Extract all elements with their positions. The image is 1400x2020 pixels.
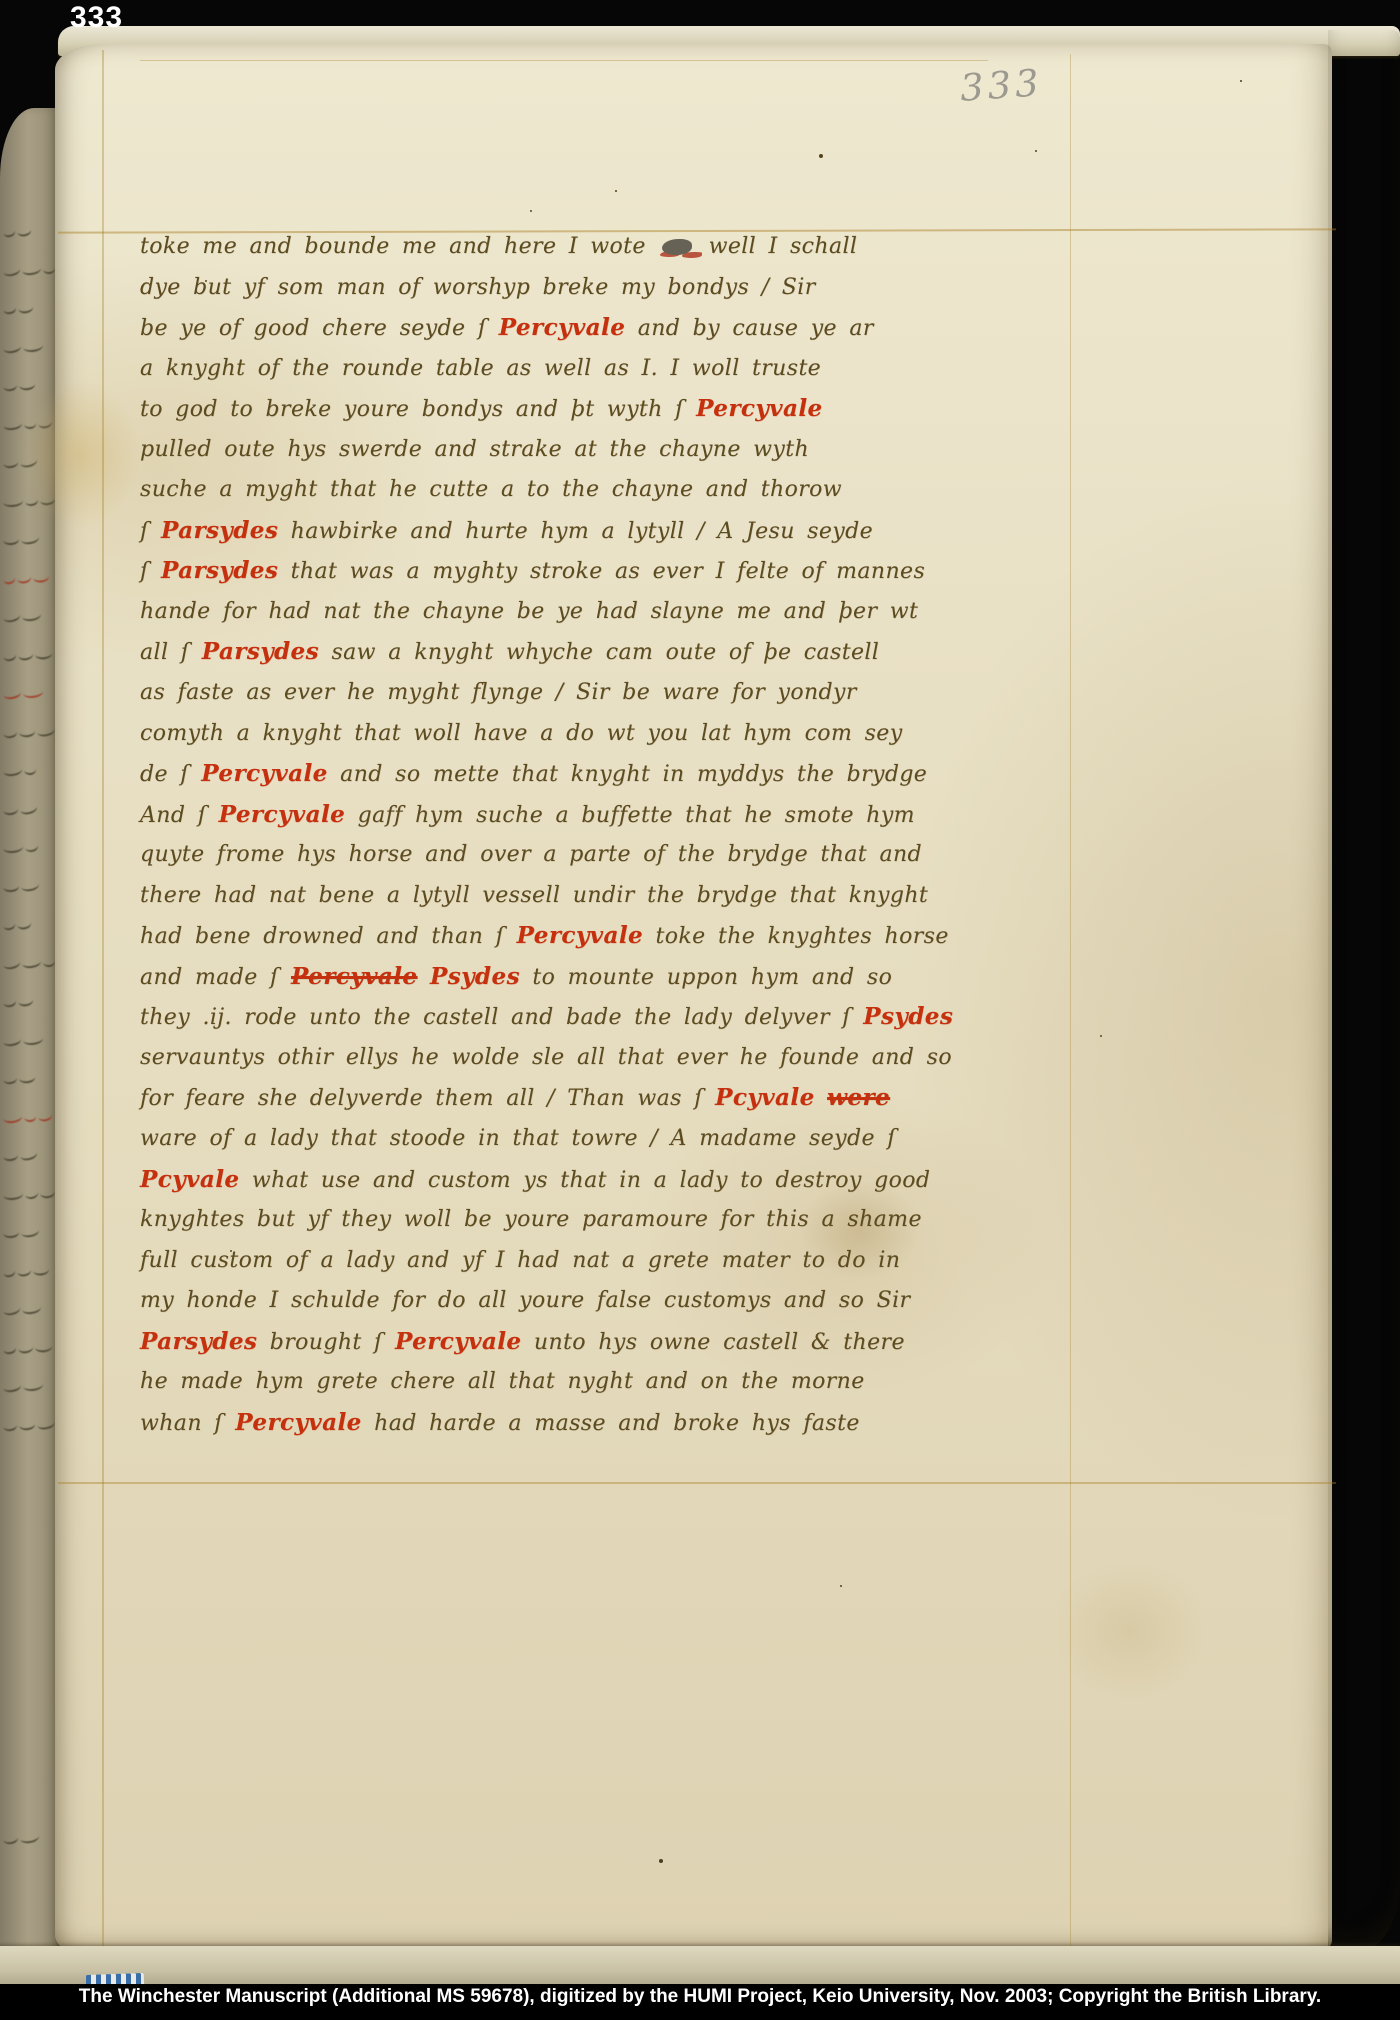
text-segment: what use and custom ys that in a lady to… [240,1168,931,1193]
image-page-number: 333 [70,1,123,35]
manuscript-photo: 333 333 toke me and bounde me and here I… [0,0,1400,2020]
manuscript-line: my honde I schulde for do all youre fals… [140,1281,1030,1322]
script-stroke [21,1302,41,1316]
manuscript-line: ware of a lady that stoode in that towre… [140,1119,1030,1160]
text-segment: suche a myght that he cutte a to the cha… [140,477,842,502]
text-segment: there had nat bene a lytyll vessell undi… [140,883,928,908]
facing-page-text-fragment [3,953,60,970]
facing-page-text-fragment [3,645,60,662]
script-stroke [17,301,33,314]
script-stroke [3,764,23,778]
script-stroke [22,339,43,352]
script-stroke [3,880,20,892]
facing-page-edge [0,108,62,1956]
text-segment: he made hym grete chere all that nyght a… [140,1369,865,1394]
script-stroke [3,456,19,469]
text-segment: brought ſ [257,1330,395,1355]
rubric-segment: Percyvale [291,963,418,990]
facing-page-text-fragment [3,838,60,855]
script-stroke [3,1110,23,1124]
text-segment: saw a knyght whyche cam oute of þe caste… [319,640,879,665]
text-segment: dye but yf som man of worshyp breke my b… [140,275,816,300]
script-stroke [42,955,55,967]
text-segment [815,1086,827,1111]
manuscript-line: for feare she delyverde them all / Than … [140,1078,1030,1119]
rubric-segment: Pcyvale [140,1166,240,1193]
manuscript-line: full custom of a lady and yf I had nat a… [140,1241,1030,1282]
script-stroke [3,1419,18,1432]
script-stroke [37,1109,53,1122]
script-stroke [39,1186,56,1199]
facing-page-text-fragment [3,414,60,431]
text-segment [418,965,430,990]
script-stroke [3,1226,20,1238]
manuscript-line: there had nat bene a lytyll vessell undi… [140,876,1030,917]
facing-page-text-fragment [3,1338,60,1355]
manuscript-line: dye but yf som man of worshyp breke my b… [140,268,1030,309]
text-segment: as faste as ever he myght flynge / Sir b… [140,680,857,705]
text-segment: well I schall [696,234,857,259]
rubric-segment: Psydes [863,1003,953,1030]
facing-page-text-fragment [3,260,60,277]
facing-page-text-fragment [3,1377,60,1394]
facing-page-text-fragment [3,1069,60,1086]
rubric-segment: were [827,1084,890,1111]
text-segment: ſ [140,519,161,544]
rubric-segment: Percyvale [219,801,346,828]
facing-page-text-fragment [3,992,60,1009]
script-stroke [24,417,37,429]
facing-page-text-fragment [3,684,60,701]
text-segment: for feare she delyverde them all / Than … [140,1086,715,1111]
script-stroke [19,1831,40,1845]
facing-page-text-fragment [3,876,60,893]
script-stroke [3,918,16,931]
facing-page-text-fragment [3,299,60,316]
manuscript-line: ſ Parsydes that was a myghty stroke as e… [140,551,1030,592]
script-stroke [3,379,18,392]
script-stroke [3,803,19,816]
ruled-line-left-margin [102,50,104,1946]
script-stroke [16,224,32,237]
script-stroke [42,262,55,274]
text-segment: they .ij. rode unto the castell and bade… [140,1005,863,1030]
text-segment: comyth a knyght that woll have a do wt y… [140,721,903,746]
facing-page-text-fragment [3,337,60,354]
facing-page-text-fragment [3,491,60,508]
text-segment: whan ſ [140,1411,235,1436]
facing-page-text-fragment [3,1300,60,1317]
manuscript-line: Parsydes brought ſ Percyvale unto hys ow… [140,1322,1030,1363]
script-stroke [19,725,36,738]
rubric-segment: Pcyvale [715,1084,815,1111]
rubric-segment: Percyvale [499,314,626,341]
script-stroke [3,533,20,545]
facing-page-text-fragment [3,1415,60,1432]
script-stroke [19,801,38,816]
ruled-line-bottom [58,1482,1336,1484]
rubric-segment: Percyvale [696,395,823,422]
text-segment: my honde I schulde for do all youre fals… [140,1288,910,1313]
manuscript-line: they .ij. rode unto the castell and bade… [140,997,1030,1038]
script-stroke [3,302,17,315]
text-segment: pulled oute hys swerde and strake at the… [140,437,809,462]
manuscript-line: Pcyvale what use and custom ys that in a… [140,1160,1030,1201]
manuscript-line: toke me and bounde me and here I wote we… [140,227,1030,268]
facing-page-text-fragment [3,799,60,816]
text-segment: full custom of a lady and yf I had nat a… [140,1248,900,1273]
script-stroke [3,687,22,701]
script-stroke [3,225,16,238]
facing-page-text-fragment [3,222,60,239]
text-segment: ware of a lady that stoode in that towre… [140,1126,896,1151]
script-stroke [3,1033,22,1047]
manuscript-line: and made ſ Percyvale Psydes to mounte up… [140,957,1030,998]
script-stroke [3,1302,21,1316]
script-stroke [3,340,22,354]
facing-page-text-fragment [3,1223,60,1240]
text-segment: toke me and bounde me and here I wote [140,234,658,259]
text-segment: to god to breke youre bondys and þt wyth… [140,397,696,422]
facing-page-text-fragment [3,376,60,393]
rubric-segment: Parsydes [202,638,319,665]
script-stroke [3,726,18,739]
manuscript-text-block: toke me and bounde me and here I wote we… [140,227,1030,1443]
rubric-segment: Psydes [430,963,520,990]
manuscript-line: had bene drowned and than ſ Percyvale to… [140,916,1030,957]
script-stroke [35,647,53,659]
manuscript-line: servauntys othir ellys he wolde sle all … [140,1038,1030,1079]
manuscript-line: pulled oute hys swerde and strake at the… [140,430,1030,471]
text-segment: quyte frome hys horse and over a parte o… [140,842,922,867]
text-segment: all ſ [140,640,202,665]
script-stroke [22,1032,43,1045]
manuscript-line: ſ Parsydes hawbirke and hurte hym a lyty… [140,511,1030,552]
manuscript-line: a knyght of the rounde table as well as … [140,349,1030,390]
script-stroke [39,493,56,506]
text-segment: gaff hym suche a buffette that he smote … [345,803,915,828]
script-stroke [16,571,32,584]
text-segment: servauntys othir ellys he wolde sle all … [140,1045,952,1070]
script-stroke [24,840,39,853]
text-segment: had bene drowned and than ſ [140,924,517,949]
text-segment: to mounte uppon hym and so [520,965,892,990]
script-stroke [3,648,17,661]
text-segment: ſ [140,559,161,584]
script-stroke [19,1147,38,1162]
text-segment: knyghtes but yf they woll be youre param… [140,1207,922,1232]
text-segment: hande for had nat the chayne be ye had s… [140,599,918,624]
script-stroke [32,1263,49,1276]
script-stroke [3,1380,22,1394]
script-stroke [3,1072,18,1085]
manuscript-line: all ſ Parsydes saw a knyght whyche cam o… [140,632,1030,673]
script-stroke [20,1224,40,1238]
manuscript-line: And ſ Percyvale gaff hym suche a buffett… [140,795,1030,836]
text-segment: and by cause ye ar [625,316,873,341]
script-stroke [19,378,36,391]
script-stroke [3,494,24,507]
script-stroke [16,1264,32,1277]
text-segment: toke the knyghtes horse [643,924,949,949]
caption-text: The Winchester Manuscript (Additional MS… [0,1986,1400,2008]
text-segment: de ſ [140,762,201,787]
facing-page-text-fragment [3,1107,60,1124]
rubric-segment: Percyvale [395,1328,522,1355]
script-stroke [3,263,21,277]
ink-blot [662,239,692,255]
script-stroke [3,1341,17,1354]
facing-page-text-fragment [3,453,60,470]
manuscript-line: suche a myght that he cutte a to the cha… [140,470,1030,511]
facing-page-text-fragment [3,761,60,778]
script-stroke [3,1832,19,1845]
script-stroke [36,723,56,738]
script-stroke [22,1379,43,1392]
script-stroke [20,878,40,892]
script-stroke [24,493,39,506]
script-stroke [3,841,24,854]
script-stroke [3,571,16,584]
script-stroke [17,1341,33,1354]
facing-page-text-fragment [3,568,60,585]
text-segment: hawbirke and hurte hym a lytyll / A Jesu… [278,519,873,544]
rubric-segment: Parsydes [161,517,278,544]
folio-number-pencil: 333 [959,61,1044,110]
script-stroke [17,648,33,661]
script-stroke [3,1149,19,1162]
text-segment: had harde a masse and broke hys faste [362,1411,860,1436]
script-stroke [36,1416,56,1431]
facing-page-text-fragment [3,722,60,739]
script-stroke [37,416,53,429]
facing-page-text-fragment [3,1146,60,1163]
manuscript-line: he made hym grete chere all that nyght a… [140,1362,1030,1403]
script-stroke [19,1418,36,1431]
script-stroke [3,417,23,431]
script-stroke [24,1110,37,1122]
rubric-segment: Percyvale [235,1409,362,1436]
script-stroke [24,764,37,776]
manuscript-line: to god to breke youre bondys and þt wyth… [140,389,1030,430]
ruled-line-top [140,60,988,61]
script-stroke [19,454,38,469]
facing-page-text-fragment [3,1829,60,1846]
script-stroke [19,1071,36,1084]
text-segment: be ye of good chere seyde ſ [140,316,499,341]
manuscript-line: quyte frome hys horse and over a parte o… [140,835,1030,876]
manuscript-line: be ye of good chere seyde ſ Percyvale an… [140,308,1030,349]
script-stroke [16,917,32,930]
facing-page-text-fragment [3,607,60,624]
rubric-segment: Parsydes [161,557,278,584]
facing-page-text-fragment [3,1030,60,1047]
rubric-segment: Percyvale [201,760,328,787]
manuscript-line: comyth a knyght that woll have a do wt y… [140,714,1030,755]
script-stroke [17,994,33,1007]
manuscript-line: as faste as ever he myght flynge / Sir b… [140,673,1030,714]
script-stroke [3,956,21,970]
facing-page-text-fragment [3,915,60,932]
text-segment: and made ſ [140,965,291,990]
text-segment: a knyght of the rounde table as well as … [140,356,821,381]
rubric-segment: Percyvale [517,922,644,949]
script-stroke [22,686,43,699]
manuscript-line: de ſ Percyvale and so mette that knyght … [140,754,1030,795]
text-segment: And ſ [140,803,219,828]
script-stroke [32,570,49,583]
script-stroke [21,609,41,623]
manuscript-line: hande for had nat the chayne be ye had s… [140,592,1030,633]
script-stroke [21,955,41,969]
script-stroke [35,1340,53,1352]
script-stroke [21,262,41,276]
script-stroke [20,531,40,545]
script-stroke [3,1264,16,1277]
text-segment: that was a myghty stroke as ever I felte… [278,559,925,584]
manuscript-line: knyghtes but yf they woll be youre param… [140,1200,1030,1241]
script-stroke [3,609,21,623]
facing-page-text-fragment [3,1184,60,1201]
facing-page-text-fragment [3,530,60,547]
text-segment: and so mette that knyght in myddys the b… [328,762,927,787]
script-stroke [3,1187,24,1200]
script-stroke [24,1186,39,1199]
script-stroke [3,995,17,1008]
parchment-specks [615,190,617,192]
page-edge-stack [1328,30,1400,1952]
manuscript-line: whan ſ Percyvale had harde a masse and b… [140,1403,1030,1444]
ruled-line-right-margin [1070,54,1071,1946]
rubric-segment: Parsydes [140,1328,257,1355]
text-segment: unto hys owne castell & there [522,1330,905,1355]
facing-page-text-fragment [3,1261,60,1278]
